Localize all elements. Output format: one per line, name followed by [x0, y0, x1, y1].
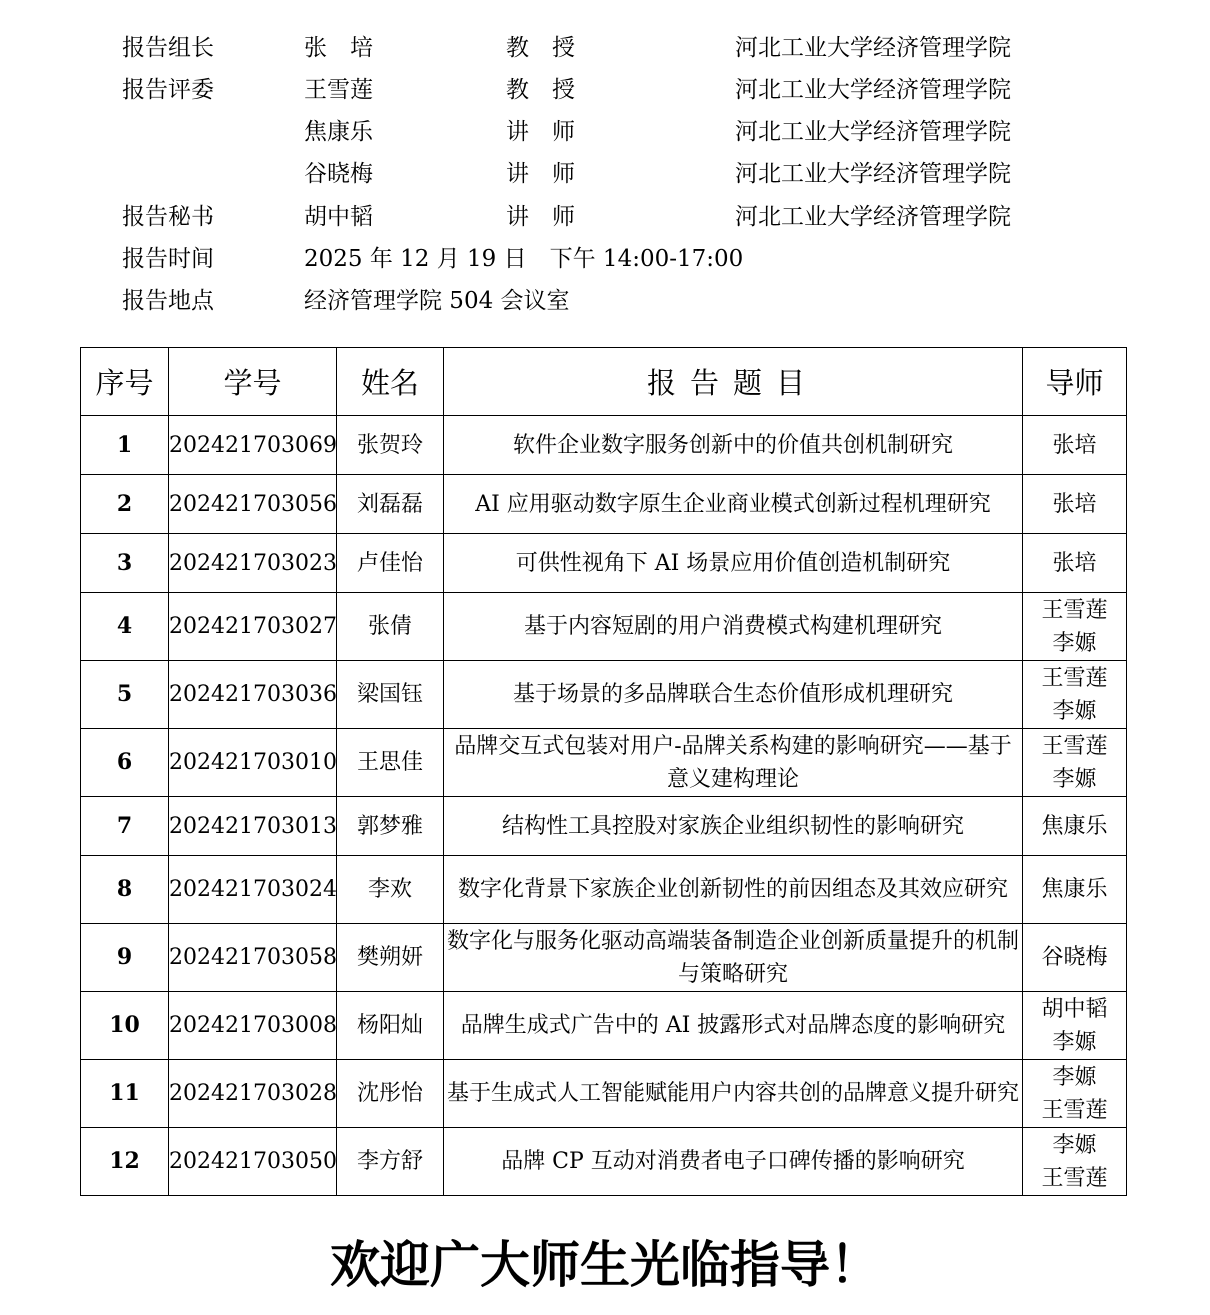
cell-topic: 软件企业数字服务创新中的价值共创机制研究	[444, 416, 1023, 475]
table-row: 1202421703069张贺玲软件企业数字服务创新中的价值共创机制研究张培	[81, 416, 1127, 475]
leader-name: 张 培	[304, 27, 373, 69]
advisor-name: 王雪莲	[1023, 662, 1126, 695]
cell-name: 王思佳	[337, 729, 444, 797]
table-row: 12202421703050李方舒品牌 CP 互动对消费者电子口碑传播的影响研究…	[81, 1128, 1127, 1196]
judge-title: 讲 师	[506, 111, 575, 153]
cell-seq: 5	[81, 661, 169, 729]
cell-student-id: 202421703027	[169, 593, 337, 661]
table-row: 10202421703008杨阳灿品牌生成式广告中的 AI 披露形式对品牌态度的…	[81, 992, 1127, 1060]
cell-student-id: 202421703058	[169, 924, 337, 992]
advisor-name: 李嫄	[1023, 1129, 1126, 1162]
cell-name: 张贺玲	[337, 416, 444, 475]
cell-advisor: 胡中韬李嫄	[1023, 992, 1127, 1060]
secretary-title: 讲 师	[506, 196, 575, 238]
cell-name: 张倩	[337, 593, 444, 661]
cell-name: 卢佳怡	[337, 534, 444, 593]
table-row: 9202421703058樊朔妍数字化与服务化驱动高端装备制造企业创新质量提升的…	[81, 924, 1127, 992]
cell-seq: 3	[81, 534, 169, 593]
cell-student-id: 202421703023	[169, 534, 337, 593]
cell-advisor: 张培	[1023, 475, 1127, 534]
cell-topic: 数字化背景下家族企业创新韧性的前因组态及其效应研究	[444, 856, 1023, 924]
cell-name: 刘磊磊	[337, 475, 444, 534]
cell-name: 郭梦雅	[337, 797, 444, 856]
cell-advisor: 张培	[1023, 534, 1127, 593]
header-student-id: 学号	[169, 348, 337, 416]
advisor-name: 王雪莲	[1023, 594, 1126, 627]
cell-student-id: 202421703050	[169, 1128, 337, 1196]
secretary-org: 河北工业大学经济管理学院	[735, 196, 1011, 238]
cell-advisor: 王雪莲李嫄	[1023, 661, 1127, 729]
advisor-name: 胡中韬	[1023, 993, 1126, 1026]
cell-name: 沈彤怡	[337, 1060, 444, 1128]
advisor-name: 焦康乐	[1023, 873, 1126, 906]
judge-name: 谷晓梅	[304, 153, 373, 195]
cell-seq: 2	[81, 475, 169, 534]
advisor-name: 张培	[1023, 429, 1126, 462]
judge-name: 焦康乐	[304, 111, 373, 153]
advisor-name: 李嫄	[1023, 695, 1126, 728]
cell-seq: 7	[81, 797, 169, 856]
advisor-name: 谷晓梅	[1023, 941, 1126, 974]
table-header-row: 序号 学号 姓名 报告题目 导师	[81, 348, 1127, 416]
header-seq: 序号	[81, 348, 169, 416]
cell-topic: 数字化与服务化驱动高端装备制造企业创新质量提升的机制与策略研究	[444, 924, 1023, 992]
welcome-message: 欢迎广大师生光临指导！	[0, 1225, 1210, 1297]
judge-org: 河北工业大学经济管理学院	[735, 111, 1011, 153]
cell-topic: 结构性工具控股对家族企业组织韧性的影响研究	[444, 797, 1023, 856]
cell-student-id: 202421703028	[169, 1060, 337, 1128]
cell-advisor: 王雪莲李嫄	[1023, 593, 1127, 661]
cell-topic: 基于生成式人工智能赋能用户内容共创的品牌意义提升研究	[444, 1060, 1023, 1128]
cell-name: 李欢	[337, 856, 444, 924]
header-topic: 报告题目	[444, 348, 1023, 416]
place-label: 报告地点	[122, 280, 214, 322]
cell-topic: 品牌 CP 互动对消费者电子口碑传播的影响研究	[444, 1128, 1023, 1196]
table-row: 6202421703010王思佳品牌交互式包装对用户-品牌关系构建的影响研究——…	[81, 729, 1127, 797]
cell-advisor: 谷晓梅	[1023, 924, 1127, 992]
advisor-name: 王雪莲	[1023, 1162, 1126, 1195]
judges-label: 报告评委	[122, 69, 214, 111]
advisor-name: 李嫄	[1023, 1061, 1126, 1094]
cell-name: 杨阳灿	[337, 992, 444, 1060]
advisor-name: 张培	[1023, 547, 1126, 580]
cell-advisor: 焦康乐	[1023, 856, 1127, 924]
cell-student-id: 202421703010	[169, 729, 337, 797]
judge-title: 讲 师	[506, 153, 575, 195]
cell-advisor: 李嫄王雪莲	[1023, 1128, 1127, 1196]
cell-name: 李方舒	[337, 1128, 444, 1196]
cell-seq: 8	[81, 856, 169, 924]
header-name: 姓名	[337, 348, 444, 416]
cell-student-id: 202421703036	[169, 661, 337, 729]
cell-advisor: 焦康乐	[1023, 797, 1127, 856]
leader-title: 教 授	[506, 27, 575, 69]
cell-seq: 10	[81, 992, 169, 1060]
table-row: 11202421703028沈彤怡基于生成式人工智能赋能用户内容共创的品牌意义提…	[81, 1060, 1127, 1128]
cell-topic: 基于内容短剧的用户消费模式构建机理研究	[444, 593, 1023, 661]
advisor-name: 李嫄	[1023, 627, 1126, 660]
cell-seq: 1	[81, 416, 169, 475]
cell-topic: 品牌生成式广告中的 AI 披露形式对品牌态度的影响研究	[444, 992, 1023, 1060]
cell-topic: 可供性视角下 AI 场景应用价值创造机制研究	[444, 534, 1023, 593]
table-row: 2202421703056刘磊磊AI 应用驱动数字原生企业商业模式创新过程机理研…	[81, 475, 1127, 534]
table-row: 8202421703024李欢数字化背景下家族企业创新韧性的前因组态及其效应研究…	[81, 856, 1127, 924]
cell-seq: 12	[81, 1128, 169, 1196]
cell-student-id: 202421703056	[169, 475, 337, 534]
advisor-name: 李嫄	[1023, 1026, 1126, 1059]
header-advisor: 导师	[1023, 348, 1127, 416]
advisor-name: 李嫄	[1023, 763, 1126, 796]
time-value: 2025 年 12 月 19 日 下午 14:00-17:00	[304, 238, 743, 280]
cell-advisor: 张培	[1023, 416, 1127, 475]
cell-topic: 品牌交互式包装对用户-品牌关系构建的影响研究——基于意义建构理论	[444, 729, 1023, 797]
cell-topic: AI 应用驱动数字原生企业商业模式创新过程机理研究	[444, 475, 1023, 534]
secretary-label: 报告秘书	[122, 196, 214, 238]
cell-student-id: 202421703069	[169, 416, 337, 475]
cell-student-id: 202421703013	[169, 797, 337, 856]
judge-name: 王雪莲	[304, 69, 373, 111]
cell-name: 梁国钰	[337, 661, 444, 729]
judge-org: 河北工业大学经济管理学院	[735, 69, 1011, 111]
judge-title: 教 授	[506, 69, 575, 111]
advisor-name: 王雪莲	[1023, 730, 1126, 763]
leader-label: 报告组长	[122, 27, 214, 69]
cell-seq: 9	[81, 924, 169, 992]
table-row: 4202421703027张倩基于内容短剧的用户消费模式构建机理研究王雪莲李嫄	[81, 593, 1127, 661]
cell-name: 樊朔妍	[337, 924, 444, 992]
judge-org: 河北工业大学经济管理学院	[735, 153, 1011, 195]
time-label: 报告时间	[122, 238, 214, 280]
table-row: 7202421703013郭梦雅结构性工具控股对家族企业组织韧性的影响研究焦康乐	[81, 797, 1127, 856]
cell-seq: 4	[81, 593, 169, 661]
cell-advisor: 李嫄王雪莲	[1023, 1060, 1127, 1128]
table-row: 3202421703023卢佳怡可供性视角下 AI 场景应用价值创造机制研究张培	[81, 534, 1127, 593]
cell-advisor: 王雪莲李嫄	[1023, 729, 1127, 797]
cell-student-id: 202421703024	[169, 856, 337, 924]
report-schedule-table: 序号 学号 姓名 报告题目 导师 1202421703069张贺玲软件企业数字服…	[80, 347, 1127, 1196]
advisor-name: 张培	[1023, 488, 1126, 521]
cell-seq: 6	[81, 729, 169, 797]
cell-topic: 基于场景的多品牌联合生态价值形成机理研究	[444, 661, 1023, 729]
advisor-name: 王雪莲	[1023, 1094, 1126, 1127]
leader-org: 河北工业大学经济管理学院	[735, 27, 1011, 69]
advisor-name: 焦康乐	[1023, 810, 1126, 843]
cell-seq: 11	[81, 1060, 169, 1128]
place-value: 经济管理学院 504 会议室	[304, 280, 570, 322]
secretary-name: 胡中韬	[304, 196, 373, 238]
cell-student-id: 202421703008	[169, 992, 337, 1060]
table-row: 5202421703036梁国钰基于场景的多品牌联合生态价值形成机理研究王雪莲李…	[81, 661, 1127, 729]
